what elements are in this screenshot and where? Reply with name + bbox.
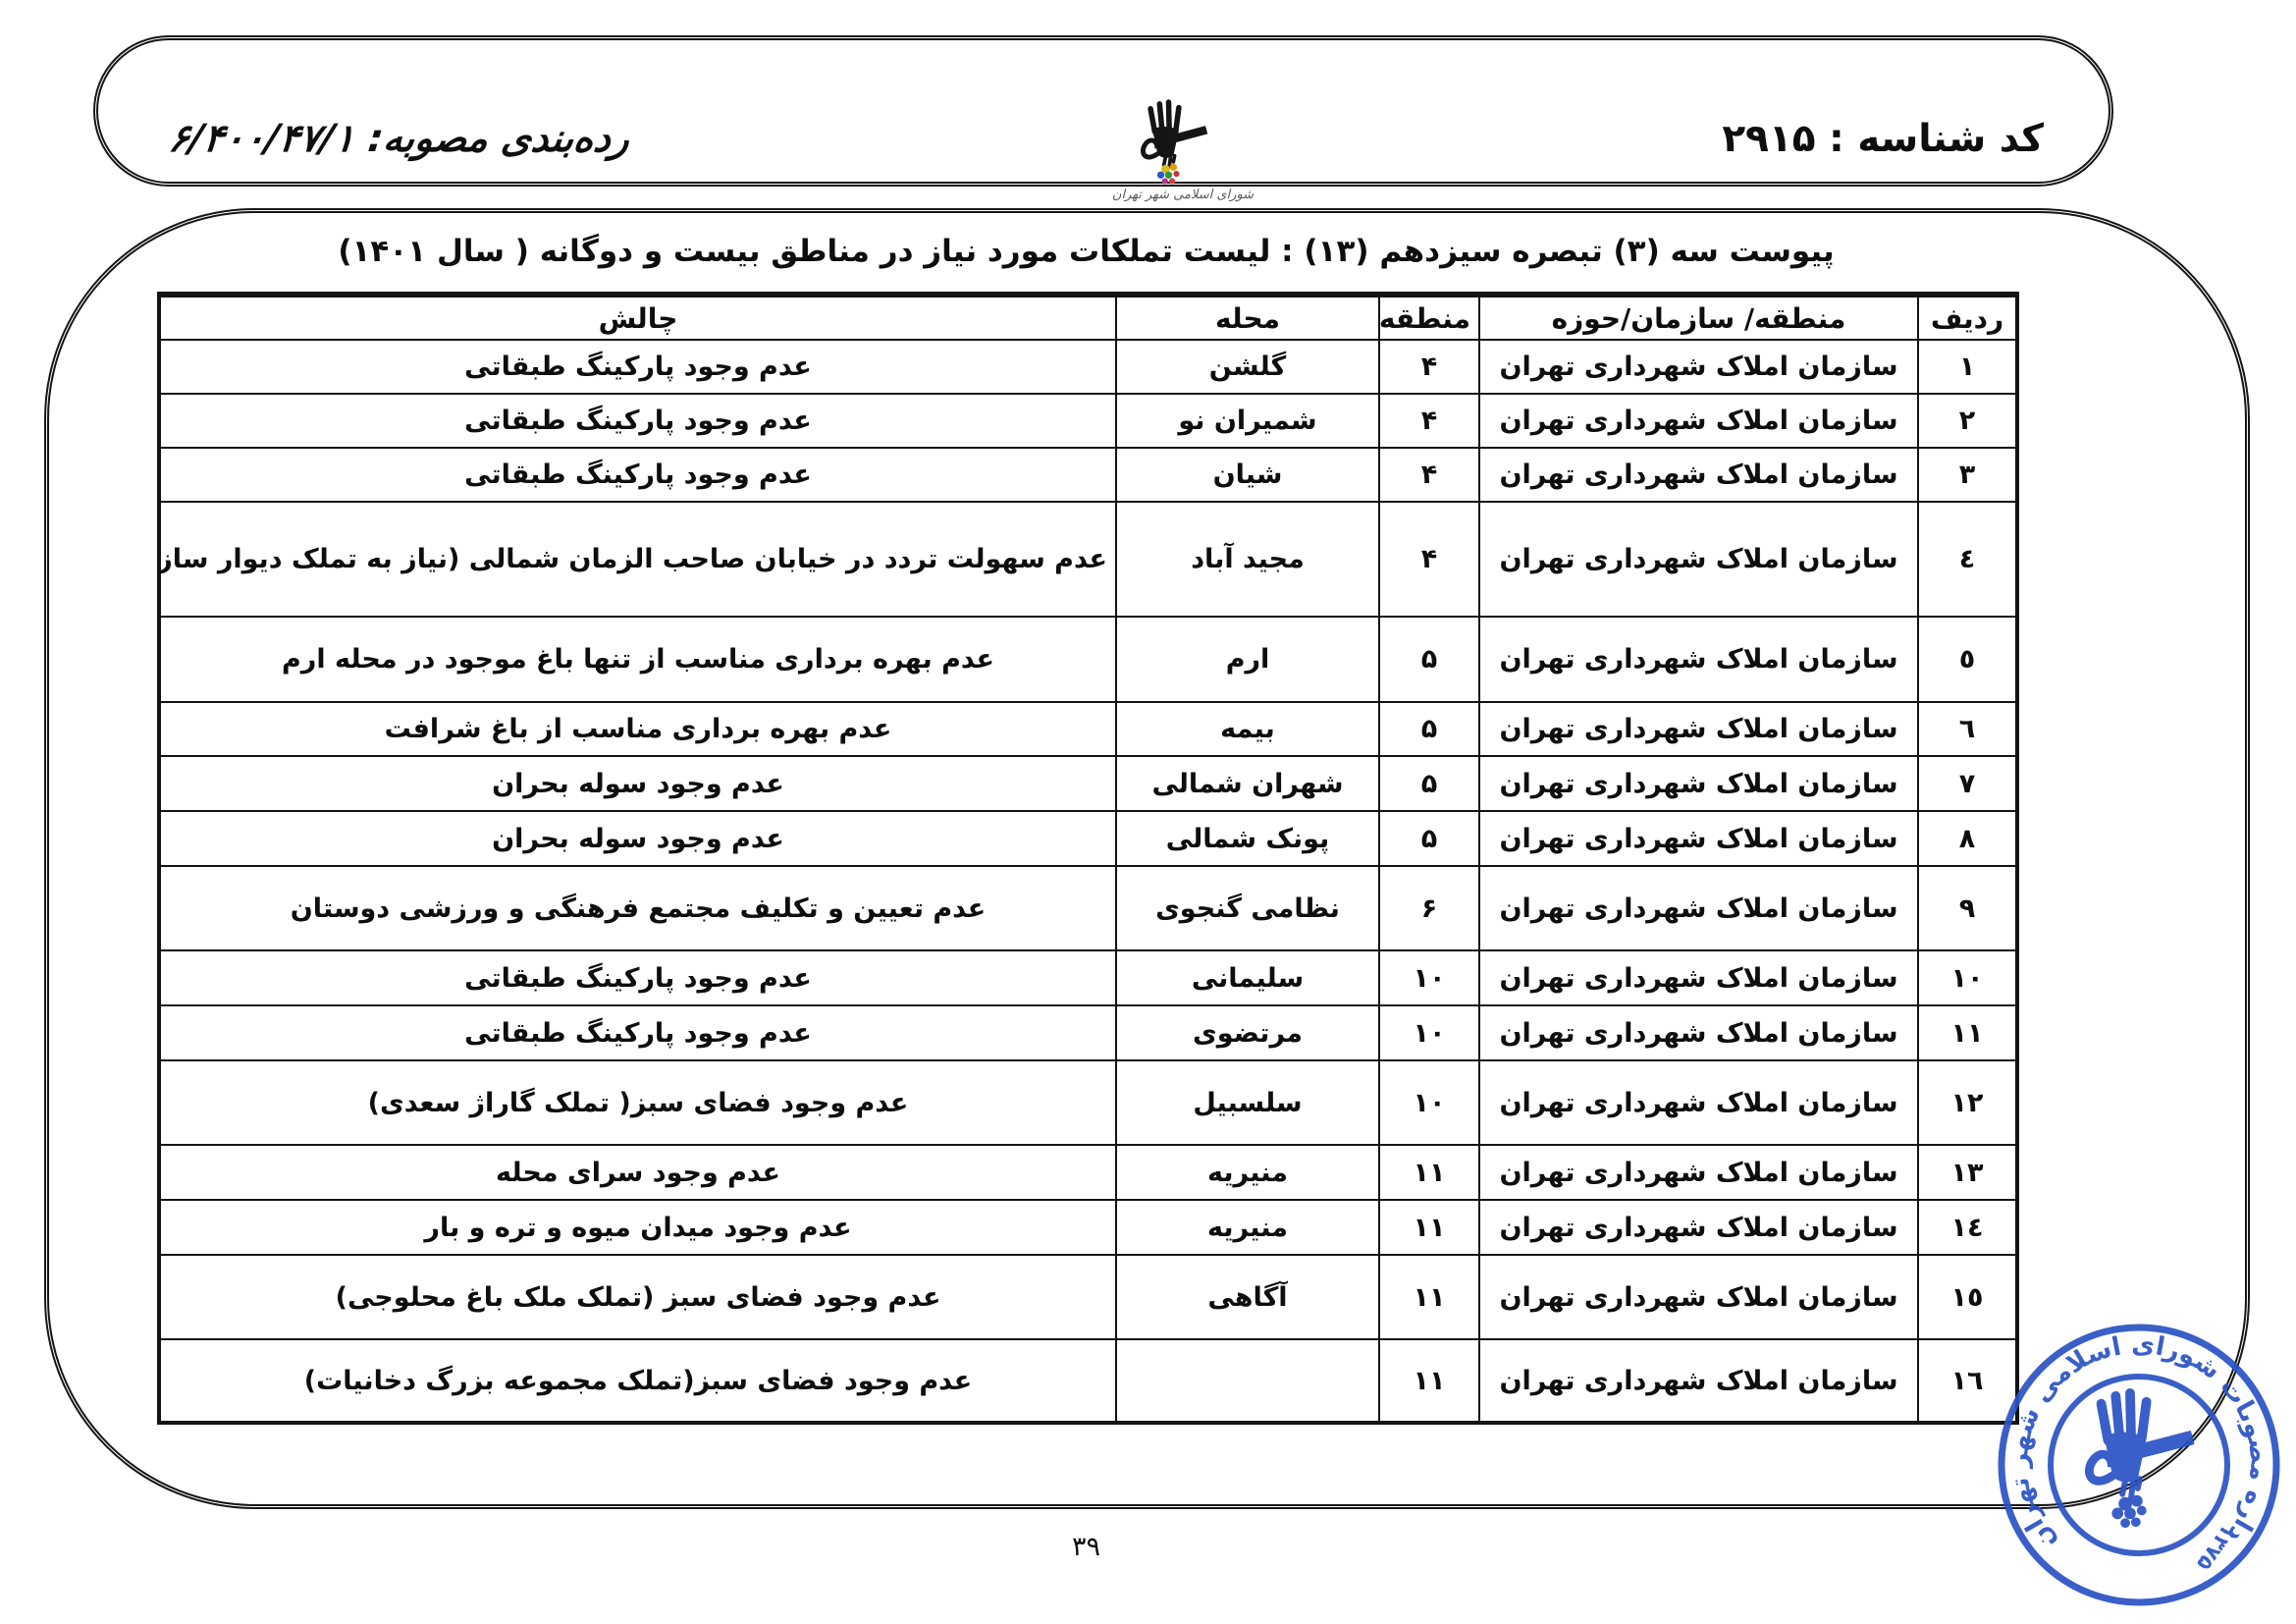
district-cell: ۵: [1379, 756, 1479, 811]
org-cell: سازمان املاک شهرداری تهران: [1479, 448, 1918, 502]
row-index-cell: ۱۱: [1918, 1005, 2017, 1060]
row-index-cell: ۲: [1918, 394, 2017, 448]
neighborhood-cell: شمیران نو: [1116, 394, 1379, 448]
classification-code: رده‌بندی مصوبه: ۶/۴۰۰/۴۷/۱: [167, 117, 632, 161]
row-index-cell: ۱۰: [1918, 950, 2017, 1005]
logo-caption: شورای اسلامی شهر تهران: [1109, 188, 1256, 202]
column-header-1: منطقه/ سازمان/حوزه: [1479, 295, 1918, 340]
neighborhood-cell: سلیمانی: [1116, 950, 1379, 1005]
challenge-cell: عدم وجود فضای سبز (تملک ملک باغ محلوجی): [159, 1255, 1116, 1339]
challenge-cell: عدم وجود فضای سبز(تملک مجموعه بزرگ دخانی…: [159, 1339, 1116, 1423]
neighborhood-cell: مجید آباد: [1116, 502, 1379, 617]
table-header-row: ردیفمنطقه/ سازمان/حوزهمنطقهمحلهچالش: [159, 295, 2017, 340]
neighborhood-cell: منیریه: [1116, 1200, 1379, 1255]
district-cell: ۱۱: [1379, 1200, 1479, 1255]
column-header-2: منطقه: [1379, 295, 1479, 340]
table-row: ۱٥سازمان املاک شهرداری تهران۱۱آگاهیعدم و…: [159, 1255, 2017, 1339]
table-body: ۱سازمان املاک شهرداری تهران۴گلشنعدم وجود…: [159, 340, 2017, 1423]
district-cell: ۱۱: [1379, 1145, 1479, 1200]
table-row: ۱۱سازمان املاک شهرداری تهران۱۰مرتضویعدم …: [159, 1005, 2017, 1060]
org-cell: سازمان املاک شهرداری تهران: [1479, 950, 1918, 1005]
table-row: ۳سازمان املاک شهرداری تهران۴شیانعدم وجود…: [159, 448, 2017, 502]
table-row: ٤سازمان املاک شهرداری تهران۴مجید آبادعدم…: [159, 502, 2017, 617]
neighborhood-cell: آگاهی: [1116, 1255, 1379, 1339]
column-header-3: محله: [1116, 295, 1379, 340]
table-row: ۱٤سازمان املاک شهرداری تهران۱۱منیریهعدم …: [159, 1200, 2017, 1255]
challenge-cell: عدم وجود پارکینگ طبقاتی: [159, 950, 1116, 1005]
header-band: کد شناسه : ۲۹۱۵ رده‌بندی مصوبه: ۶/۴۰۰/۴۷…: [93, 35, 2113, 187]
district-cell: ۴: [1379, 394, 1479, 448]
neighborhood-cell: ارم: [1116, 617, 1379, 702]
neighborhood-cell: مرتضوی: [1116, 1005, 1379, 1060]
district-cell: ۵: [1379, 617, 1479, 702]
neighborhood-cell: بیمه: [1116, 702, 1379, 756]
neighborhood-cell: سلسبیل: [1116, 1060, 1379, 1145]
district-cell: ۱۰: [1379, 950, 1479, 1005]
neighborhood-cell: شیان: [1116, 448, 1379, 502]
row-index-cell: ۷: [1918, 756, 2017, 811]
table-row: ۲سازمان املاک شهرداری تهران۴شمیران نوعدم…: [159, 394, 2017, 448]
district-cell: ۴: [1379, 502, 1479, 617]
challenge-cell: عدم تعیین و تکلیف مجتمع فرهنگی و ورزشی د…: [159, 866, 1116, 950]
district-cell: ۱۱: [1379, 1339, 1479, 1423]
council-stamp: اداره مصوبات شورای اسلامی شهر تهران ۱۳۷۵: [1991, 1318, 2287, 1614]
council-emblem-icon: [1137, 99, 1211, 189]
challenge-cell: عدم وجود پارکینگ طبقاتی: [159, 448, 1116, 502]
challenge-cell: عدم وجود سوله بحران: [159, 811, 1116, 866]
acquisitions-table: ردیفمنطقه/ سازمان/حوزهمنطقهمحلهچالش ۱ساز…: [157, 292, 2019, 1425]
org-cell: سازمان املاک شهرداری تهران: [1479, 1339, 1918, 1423]
district-cell: ۱۱: [1379, 1255, 1479, 1339]
row-index-cell: ۱۳: [1918, 1145, 2017, 1200]
challenge-cell: عدم وجود سرای محله: [159, 1145, 1116, 1200]
row-index-cell: ٥: [1918, 617, 2017, 702]
challenge-cell: عدم وجود پارکینگ طبقاتی: [159, 340, 1116, 394]
org-cell: سازمان املاک شهرداری تهران: [1479, 1005, 1918, 1060]
logo-flower-dots: [1157, 164, 1180, 185]
document-code: کد شناسه : ۲۹۱۵: [1722, 117, 2044, 161]
neighborhood-cell: شهران شمالی: [1116, 756, 1379, 811]
row-index-cell: ۸: [1918, 811, 2017, 866]
org-cell: سازمان املاک شهرداری تهران: [1479, 617, 1918, 702]
challenge-cell: عدم وجود پارکینگ طبقاتی: [159, 394, 1116, 448]
district-cell: ۴: [1379, 340, 1479, 394]
district-cell: ۱۰: [1379, 1005, 1479, 1060]
org-cell: سازمان املاک شهرداری تهران: [1479, 502, 1918, 617]
org-cell: سازمان املاک شهرداری تهران: [1479, 1145, 1918, 1200]
challenge-cell: عدم وجود سوله بحران: [159, 756, 1116, 811]
table-row: ۷سازمان املاک شهرداری تهران۵شهران شمالیع…: [159, 756, 2017, 811]
district-cell: ۴: [1379, 448, 1479, 502]
neighborhood-cell: پونک شمالی: [1116, 811, 1379, 866]
table-row: ٥سازمان املاک شهرداری تهران۵ارمعدم بهره …: [159, 617, 2017, 702]
neighborhood-cell: منیریه: [1116, 1145, 1379, 1200]
district-cell: ۱۰: [1379, 1060, 1479, 1145]
org-cell: سازمان املاک شهرداری تهران: [1479, 394, 1918, 448]
table-row: ۸سازمان املاک شهرداری تهران۵پونک شمالیعد…: [159, 811, 2017, 866]
table-row: ۱۰سازمان املاک شهرداری تهران۱۰سلیمانیعدم…: [159, 950, 2017, 1005]
challenge-cell: عدم وجود پارکینگ طبقاتی: [159, 1005, 1116, 1060]
org-cell: سازمان املاک شهرداری تهران: [1479, 811, 1918, 866]
org-cell: سازمان املاک شهرداری تهران: [1479, 1200, 1918, 1255]
district-cell: ۵: [1379, 702, 1479, 756]
row-index-cell: ۱۲: [1918, 1060, 2017, 1145]
row-index-cell: ۹: [1918, 866, 2017, 950]
table-row: ۱۲سازمان املاک شهرداری تهران۱۰سلسبیلعدم …: [159, 1060, 2017, 1145]
challenge-cell: عدم سهولت تردد در خیابان صاحب الزمان شما…: [159, 502, 1116, 617]
row-index-cell: ٤: [1918, 502, 2017, 617]
org-cell: سازمان املاک شهرداری تهران: [1479, 702, 1918, 756]
row-index-cell: ۱: [1918, 340, 2017, 394]
district-cell: ۶: [1379, 866, 1479, 950]
org-cell: سازمان املاک شهرداری تهران: [1479, 340, 1918, 394]
table-row: ۱۳سازمان املاک شهرداری تهران۱۱منیریهعدم …: [159, 1145, 2017, 1200]
page-title: پیوست سه (۳) تبصره سیزدهم (۱۳) : لیست تم…: [157, 234, 2015, 269]
org-cell: سازمان املاک شهرداری تهران: [1479, 1060, 1918, 1145]
table-row: ۱٦سازمان املاک شهرداری تهران۱۱عدم وجود ف…: [159, 1339, 2017, 1423]
neighborhood-cell: گلشن: [1116, 340, 1379, 394]
column-header-4: چالش: [159, 295, 1116, 340]
challenge-cell: عدم وجود میدان میوه و تره و بار: [159, 1200, 1116, 1255]
org-cell: سازمان املاک شهرداری تهران: [1479, 756, 1918, 811]
row-index-cell: ۱٤: [1918, 1200, 2017, 1255]
neighborhood-cell: نظامی گنجوی: [1116, 866, 1379, 950]
challenge-cell: عدم بهره برداری مناسب از باغ شرافت: [159, 702, 1116, 756]
org-cell: سازمان املاک شهرداری تهران: [1479, 1255, 1918, 1339]
table-row: ۹سازمان املاک شهرداری تهران۶نظامی گنجویع…: [159, 866, 2017, 950]
district-cell: ۵: [1379, 811, 1479, 866]
row-index-cell: ٦: [1918, 702, 2017, 756]
row-index-cell: ۳: [1918, 448, 2017, 502]
neighborhood-cell: [1116, 1339, 1379, 1423]
column-header-0: ردیف: [1918, 295, 2017, 340]
org-cell: سازمان املاک شهرداری تهران: [1479, 866, 1918, 950]
challenge-cell: عدم بهره برداری مناسب از تنها باغ موجود …: [159, 617, 1116, 702]
challenge-cell: عدم وجود فضای سبز( تملک گاراژ سعدی): [159, 1060, 1116, 1145]
page-number: ۳۹: [157, 1532, 2015, 1562]
table-row: ۱سازمان املاک شهرداری تهران۴گلشنعدم وجود…: [159, 340, 2017, 394]
document-page: کد شناسه : ۲۹۱۵ رده‌بندی مصوبه: ۶/۴۰۰/۴۷…: [0, 0, 2296, 1624]
stamp-emblem-icon: [2089, 1393, 2192, 1528]
table-row: ٦سازمان املاک شهرداری تهران۵بیمهعدم بهره…: [159, 702, 2017, 756]
